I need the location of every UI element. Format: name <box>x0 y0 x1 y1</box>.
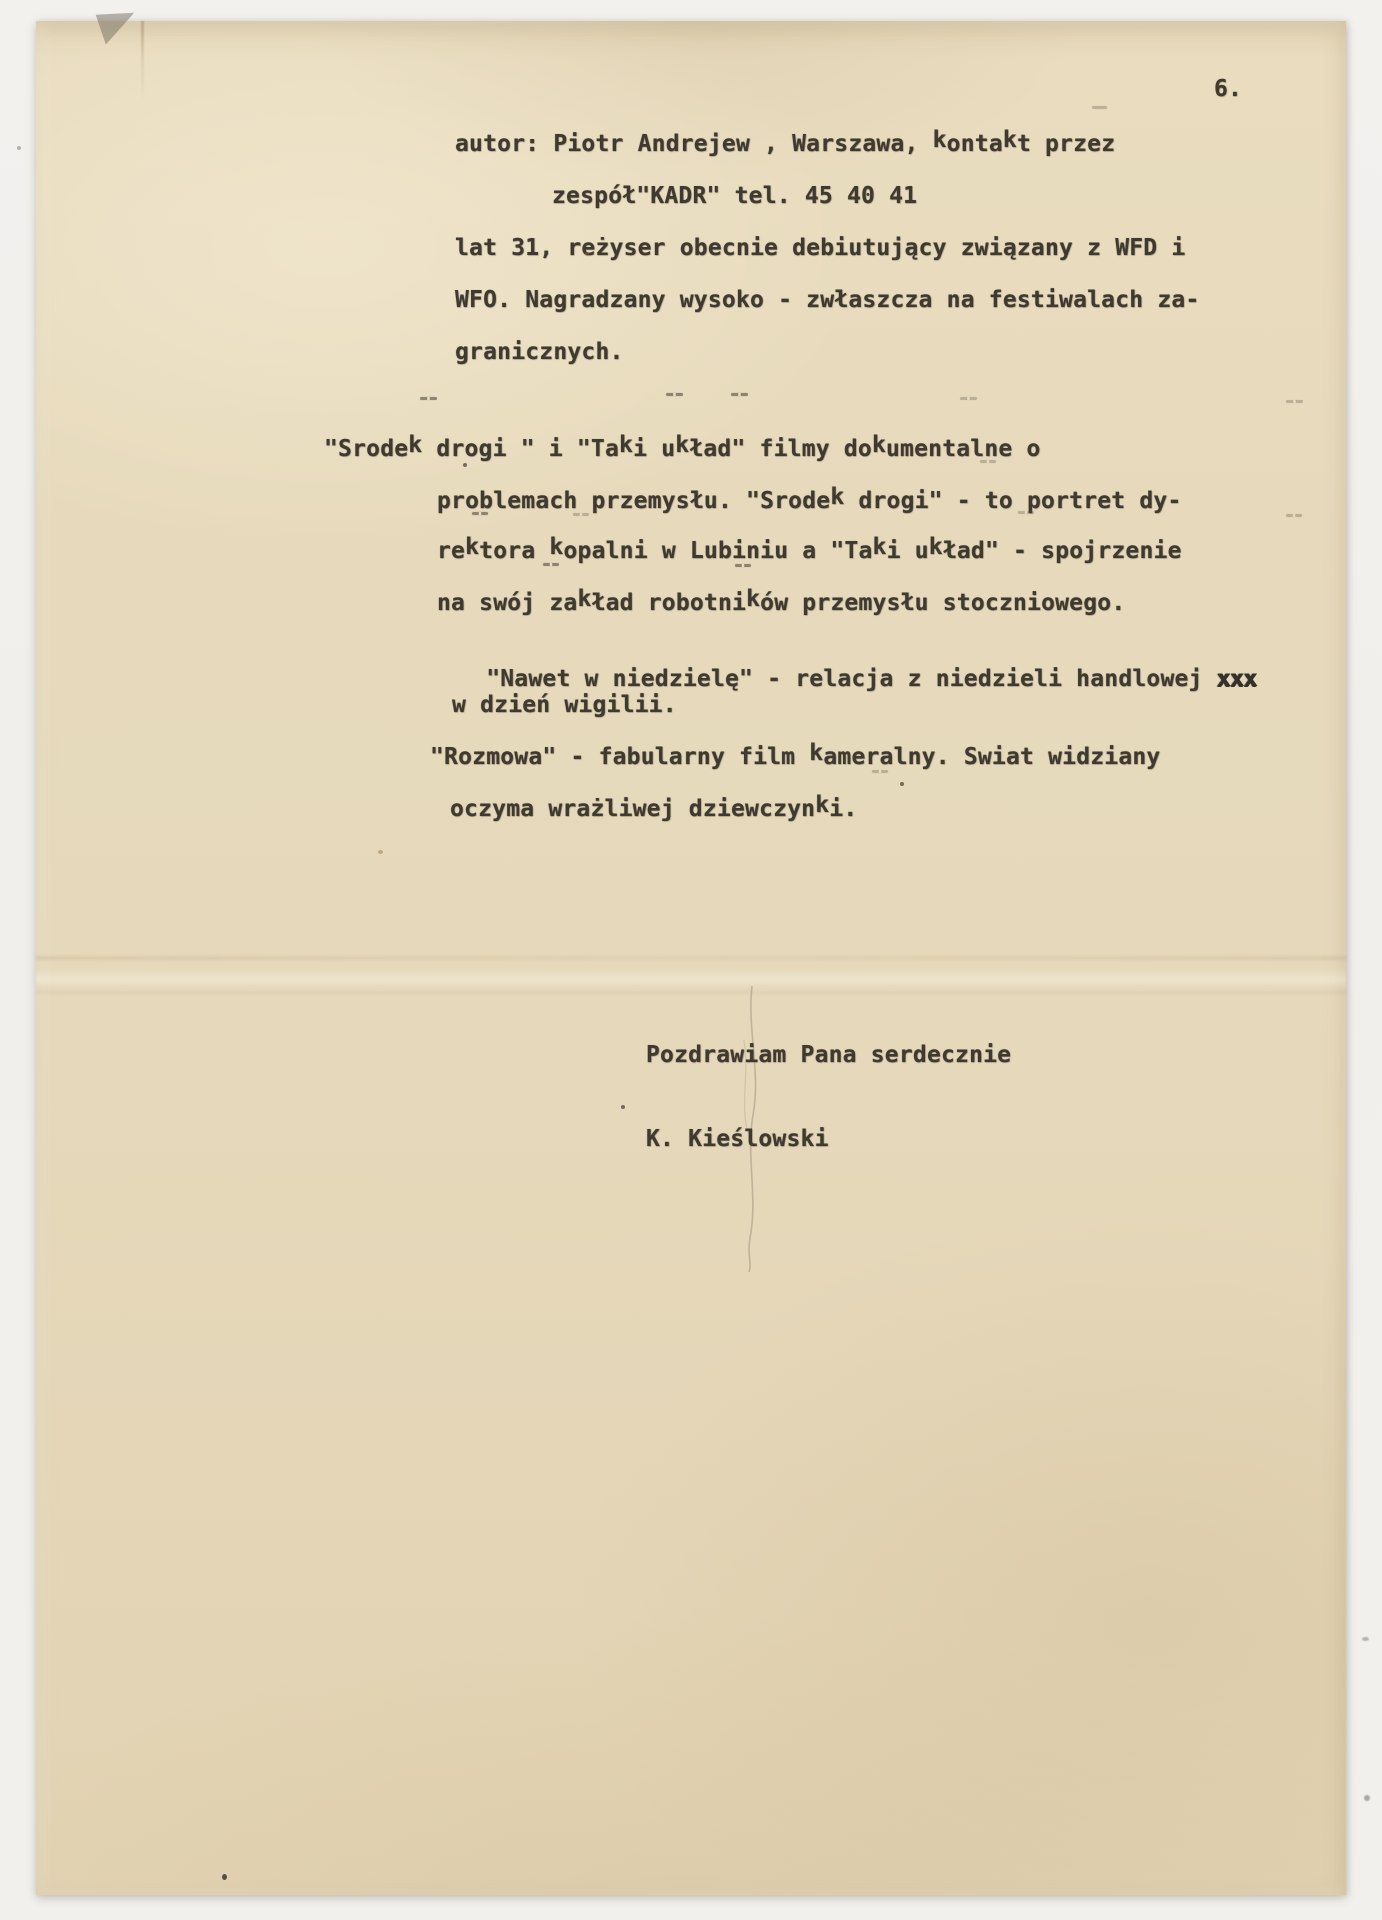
pencil-dot <box>463 463 467 467</box>
line-text: "Nawet w niedzielę" - relacja z niedziel… <box>486 666 1216 692</box>
typewritten-line-rektora: rektora kopalni w Lubiniu a "Taki układ"… <box>437 538 1182 564</box>
pencil-mark <box>1286 400 1303 403</box>
typewritten-line-naswoj: na swój zakład robotników przemysłu stoc… <box>437 590 1125 616</box>
pencil-mark <box>1286 514 1302 517</box>
speck <box>585 252 589 256</box>
typewritten-line-oczyma: oczyma wrażliwej dziewczynki. <box>450 796 857 822</box>
pencil-mark <box>735 564 751 567</box>
closing-line: Pozdrawiam Pana serdecznie <box>646 1042 1011 1068</box>
speck <box>378 850 383 854</box>
signature-line: K. Kieślowski <box>646 1126 829 1152</box>
strikeover-xxx: xxx <box>1217 666 1257 692</box>
pencil-mark <box>472 512 488 515</box>
typewritten-line-lat31: lat 31, reżyser obecnie debiutujący zwią… <box>455 235 1185 261</box>
pencil-mark <box>666 393 683 396</box>
pencil-mark <box>980 460 996 463</box>
document-scan: { "document": { "page_number": "6.", "li… <box>0 0 1382 1920</box>
pencil-mark <box>1092 106 1107 109</box>
speck <box>222 1874 227 1880</box>
top-crease <box>141 21 144 99</box>
typewritten-line-wfo: WFO. Nagradzany wysoko - zwłaszcza na fe… <box>455 287 1200 313</box>
speck <box>1364 1795 1370 1801</box>
pencil-mark <box>1018 511 1034 514</box>
pencil-mark <box>731 393 748 396</box>
fold-crease-highlight <box>36 968 1346 994</box>
page-number: 6. <box>1214 76 1242 102</box>
typewritten-line-author: autor: Piotr Andrejew , Warszawa, kontak… <box>455 131 1115 157</box>
speck <box>17 146 21 150</box>
pencil-mark <box>543 563 559 566</box>
typewritten-line-rozmowa: "Rozmowa" - fabularny film kameralny. Sw… <box>430 744 1160 770</box>
fold-crease-line <box>36 956 1346 960</box>
scanned-letter: 6. autor: Piotr Andrejew , Warszawa, kon… <box>0 0 1382 1920</box>
typewritten-line-wdzien: w dzień wigilii. <box>452 692 677 718</box>
pencil-mark <box>420 397 437 400</box>
pencil-mark <box>960 397 977 400</box>
typewritten-line-granicznych: granicznych. <box>455 339 624 365</box>
pencil-dot <box>621 1105 625 1109</box>
typewritten-line-srodek1: "Srodek drogi " i "Taki układ" filmy dok… <box>324 436 1041 462</box>
typewritten-line-problemach: problemach przemysłu. "Srodek drogi" - t… <box>437 488 1182 514</box>
typewritten-line-zespol: zespół"KADR" tel. 45 40 41 <box>552 183 917 209</box>
pencil-dot <box>900 782 904 786</box>
pencil-mark <box>872 770 888 773</box>
speck <box>1362 1637 1369 1641</box>
pencil-mark <box>573 513 589 516</box>
